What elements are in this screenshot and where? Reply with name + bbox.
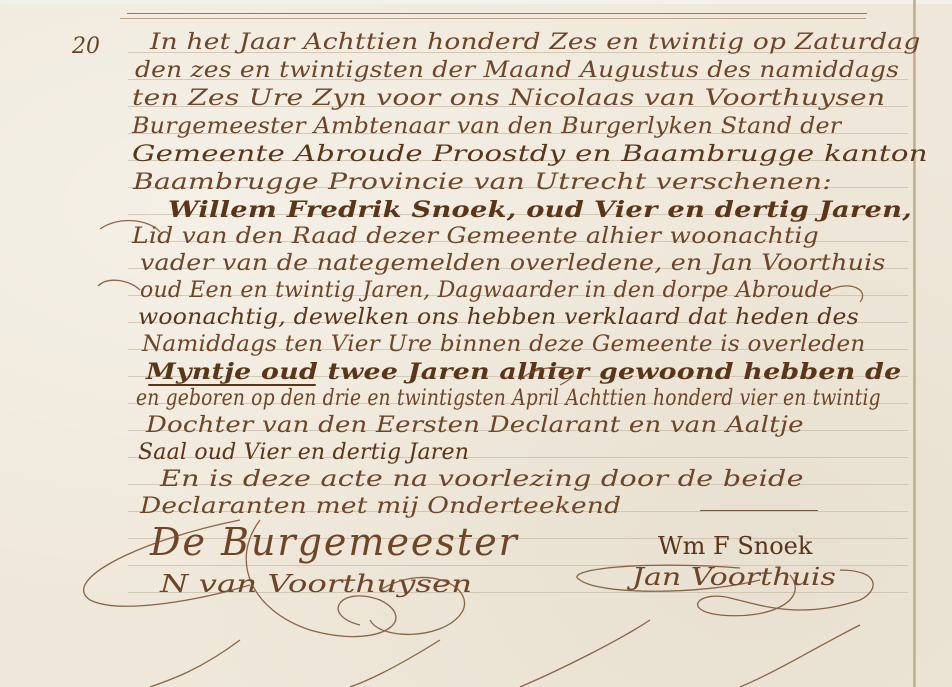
record-line: Lid van den Raad dezer Gemeente alhier w… <box>132 224 819 249</box>
header-rule-secondary <box>120 18 866 19</box>
header-rule <box>127 13 867 14</box>
record-line: Saal oud Vier en dertig Jaren <box>138 440 469 465</box>
record-line: Burgemeester Ambtenaar van den Burgerlyk… <box>132 114 841 139</box>
record-line: Dochter van den Eersten Declarant en van… <box>146 413 804 438</box>
scan-top-edge <box>0 0 952 4</box>
closing-dash <box>700 510 818 511</box>
record-line: En is deze acte na voorlezing door de be… <box>160 467 804 492</box>
record-line: Gemeente Abroude Proostdy en Baambrugge … <box>132 142 928 167</box>
record-line: Declaranten met mij Onderteekend <box>140 494 621 519</box>
signature-declarant-2: Jan Voorthuis <box>632 563 836 591</box>
entry-number: 20 <box>72 34 100 59</box>
record-line: vader van de nategemelden overledene, en… <box>140 251 886 276</box>
record-line: ten Zes Ure Zyn voor ons Nicolaas van Vo… <box>132 86 885 111</box>
record-line: en geboren op den drie en twintigsten Ap… <box>136 386 881 411</box>
record-line-child-name: Myntje oud twee Jaren alhier gewoond heb… <box>146 359 901 385</box>
record-line: oud Een en twintig Jaren, Dagwaarder in … <box>140 278 832 303</box>
signature-declarant-1: Wm F Snoek <box>658 532 812 560</box>
signature-mayor: N van Voorthuysen <box>160 570 472 598</box>
signature-title-burgemeester: De Burgemeester <box>150 520 519 564</box>
document-scan: 20 In het Jaar Achttien honderd Zes en t… <box>0 0 952 687</box>
record-line: Baambrugge Provincie van Utrecht versche… <box>133 170 832 195</box>
margin-rule <box>913 0 916 687</box>
record-line-declarant: Willem Fredrik Snoek, oud Vier en dertig… <box>168 197 912 223</box>
record-line: Namiddags ten Vier Ure binnen deze Gemee… <box>142 332 865 357</box>
record-line: den zes en twintigsten der Maand Augustu… <box>135 58 899 83</box>
record-line: In het Jaar Achttien honderd Zes en twin… <box>150 30 921 55</box>
record-line: woonachtig, dewelken ons hebben verklaar… <box>138 305 859 330</box>
